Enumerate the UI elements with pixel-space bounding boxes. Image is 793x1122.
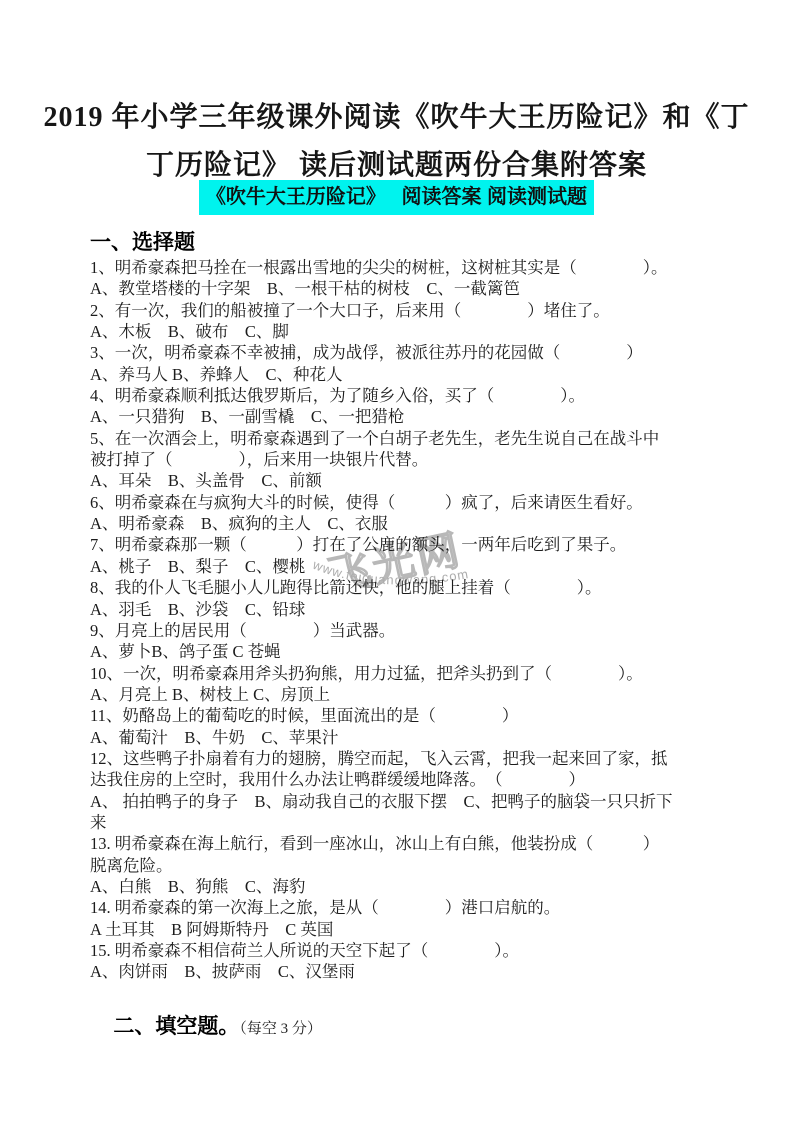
question-line: A、葡萄汁 B、牛奶 C、苹果汁 <box>90 727 740 748</box>
question-line: A、养马人 B、养蜂人 C、种花人 <box>90 364 740 385</box>
question-line: 10、一次，明希豪森用斧头扔狗熊，用力过猛，把斧头扔到了（ ）。 <box>90 663 740 684</box>
section-2-note: （每空 3 分） <box>239 1021 322 1037</box>
question-line: A、明希豪森 B、疯狗的主人 C、衣服 <box>90 513 740 534</box>
question-line: 14. 明希豪森的第一次海上之旅，是从（ ）港口启航的。 <box>90 897 740 918</box>
question-line: A、白熊 B、狗熊 C、海豹 <box>90 876 740 897</box>
question-line: 7、明希豪森那一颗（ ）打在了公鹿的额头，一两年后吃到了果子。 <box>90 534 740 555</box>
question-line: 达我住房的上空时，我用什么办法让鸭群缓缓地降落。 （ ） <box>90 769 740 790</box>
question-line: 11、奶酪岛上的葡萄吃的时候，里面流出的是（ ） <box>90 705 740 726</box>
question-line: 被打掉了（ ），后来用一块银片代替。 <box>90 449 740 470</box>
question-line: 来 <box>90 812 740 833</box>
question-line: 13. 明希豪森在海上航行，看到一座冰山，冰山上有白熊，他装扮成（ ） <box>90 833 740 854</box>
question-line: 9、月亮上的居民用（ ）当武器。 <box>90 620 740 641</box>
document-page: 飞光网 www.feiguangwang.com 2019 年小学三年级课外阅读… <box>0 0 793 1122</box>
question-line: 脱离危险。 <box>90 855 740 876</box>
question-line: A、桃子 B、梨子 C、樱桃 <box>90 556 740 577</box>
question-line: A、耳朵 B、头盖骨 C、前额 <box>90 470 740 491</box>
question-line: 8、我的仆人飞毛腿小人儿跑得比箭还快，他的腿上挂着（ ）。 <box>90 577 740 598</box>
question-line: 3、一次，明希豪森不幸被捕，成为战俘，被派往苏丹的花园做（ ） <box>90 342 740 363</box>
section-2-heading: 二、填空题。（每空 3 分） <box>90 986 322 1064</box>
question-line: 5、在一次酒会上，明希豪森遇到了一个白胡子老先生，老先生说自己在战斗中 <box>90 428 740 449</box>
question-line: 4、明希豪森顺利抵达俄罗斯后，为了随乡入俗，买了（ ）。 <box>90 385 740 406</box>
question-line: 12、这些鸭子扑扇着有力的翅膀，腾空而起，飞入云霄，把我一起来回了家，抵 <box>90 748 740 769</box>
question-line: A、木板 B、破布 C、脚 <box>90 321 740 342</box>
document-title-line1: 2019 年小学三年级课外阅读《吹牛大王历险记》和《丁 <box>0 95 793 135</box>
document-title-line2: 丁历险记》 读后测试题两份合集附答案 <box>0 143 793 183</box>
question-line: 15. 明希豪森不相信荷兰人所说的天空下起了（ ）。 <box>90 940 740 961</box>
question-line: A、 拍拍鸭子的身子 B、扇动我自己的衣服下摆 C、把鸭子的脑袋一只只折下 <box>90 791 740 812</box>
question-line: A、羽毛 B、沙袋 C、铅球 <box>90 599 740 620</box>
question-line: 2、有一次，我们的船被撞了一个大口子，后来用（ ）堵住了。 <box>90 300 740 321</box>
question-line: A、一只猎狗 B、一副雪橇 C、一把猎枪 <box>90 406 740 427</box>
question-line: A、教堂塔楼的十字架 B、一根干枯的树枝 C、一截篱笆 <box>90 278 740 299</box>
question-line: A、月亮上 B、树枝上 C、房顶上 <box>90 684 740 705</box>
question-line: A、肉饼雨 B、披萨雨 C、汉堡雨 <box>90 961 740 982</box>
banner-row: 《吹牛大王历险记》 阅读答案 阅读测试题 <box>0 180 793 215</box>
section-1-heading: 一、选择题 <box>90 226 195 256</box>
section-2-title: 二、填空题。 <box>113 1015 239 1038</box>
question-line: 6、明希豪森在与疯狗大斗的时候，使得（ ）疯了，后来请医生看好。 <box>90 492 740 513</box>
question-list: 1、明希豪森把马拴在一根露出雪地的尖尖的树桩，这树桩其实是（ ）。A、教堂塔楼的… <box>90 257 740 983</box>
question-line: A 土耳其 B 阿姆斯特丹 C 英国 <box>90 919 740 940</box>
highlight-banner: 《吹牛大王历险记》 阅读答案 阅读测试题 <box>199 180 594 215</box>
question-line: 1、明希豪森把马拴在一根露出雪地的尖尖的树桩，这树桩其实是（ ）。 <box>90 257 740 278</box>
question-line: A、萝卜B、鸽子蛋 C 苍蝇 <box>90 641 740 662</box>
